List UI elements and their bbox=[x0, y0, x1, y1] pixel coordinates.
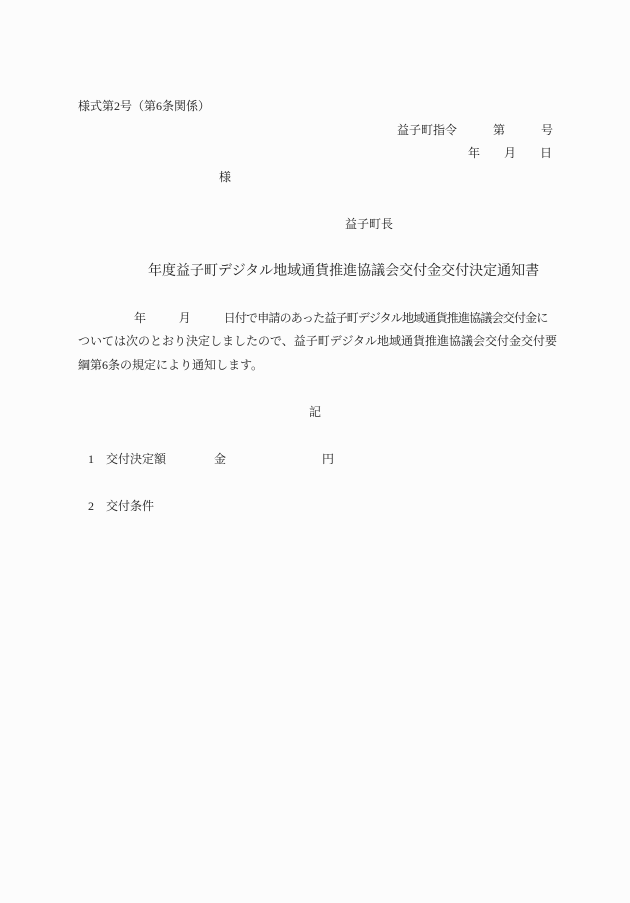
blank-row bbox=[0, 424, 630, 448]
form-number-line: 様式第2号（第6条関係） bbox=[0, 95, 630, 119]
document-title: 年度益子町デジタル地域通貨推進協議会交付金交付決定通知書 bbox=[0, 260, 630, 284]
document-page: 様式第2号（第6条関係） 益子町指令 第 号 年 月 日 様 益子町長 年度益子… bbox=[0, 0, 630, 903]
item-line-1: 1 交付決定額 金 円 bbox=[0, 448, 630, 472]
date-line: 年 月 日 bbox=[0, 142, 630, 166]
addressee-line: 様 bbox=[0, 166, 630, 190]
blank-row bbox=[0, 377, 630, 401]
body-line-2: ついては次のとおり決定しましたので、益子町デジタル地域通貨推進協議会交付金交付要 bbox=[0, 330, 630, 354]
blank-row bbox=[0, 236, 630, 260]
directive-number-line: 益子町指令 第 号 bbox=[0, 119, 630, 143]
sender-line: 益子町長 bbox=[0, 213, 630, 237]
blank-row bbox=[0, 283, 630, 307]
blank-row bbox=[0, 471, 630, 495]
body-line-3: 綱第6条の規定により通知します。 bbox=[0, 354, 630, 378]
section-marker: 記 bbox=[0, 401, 630, 425]
item-line-2: 2 交付条件 bbox=[0, 495, 630, 519]
body-line-1: 年 月 日付で申請のあった益子町デジタル地域通貨推進協議会交付金に bbox=[0, 307, 630, 331]
blank-row bbox=[0, 189, 630, 213]
